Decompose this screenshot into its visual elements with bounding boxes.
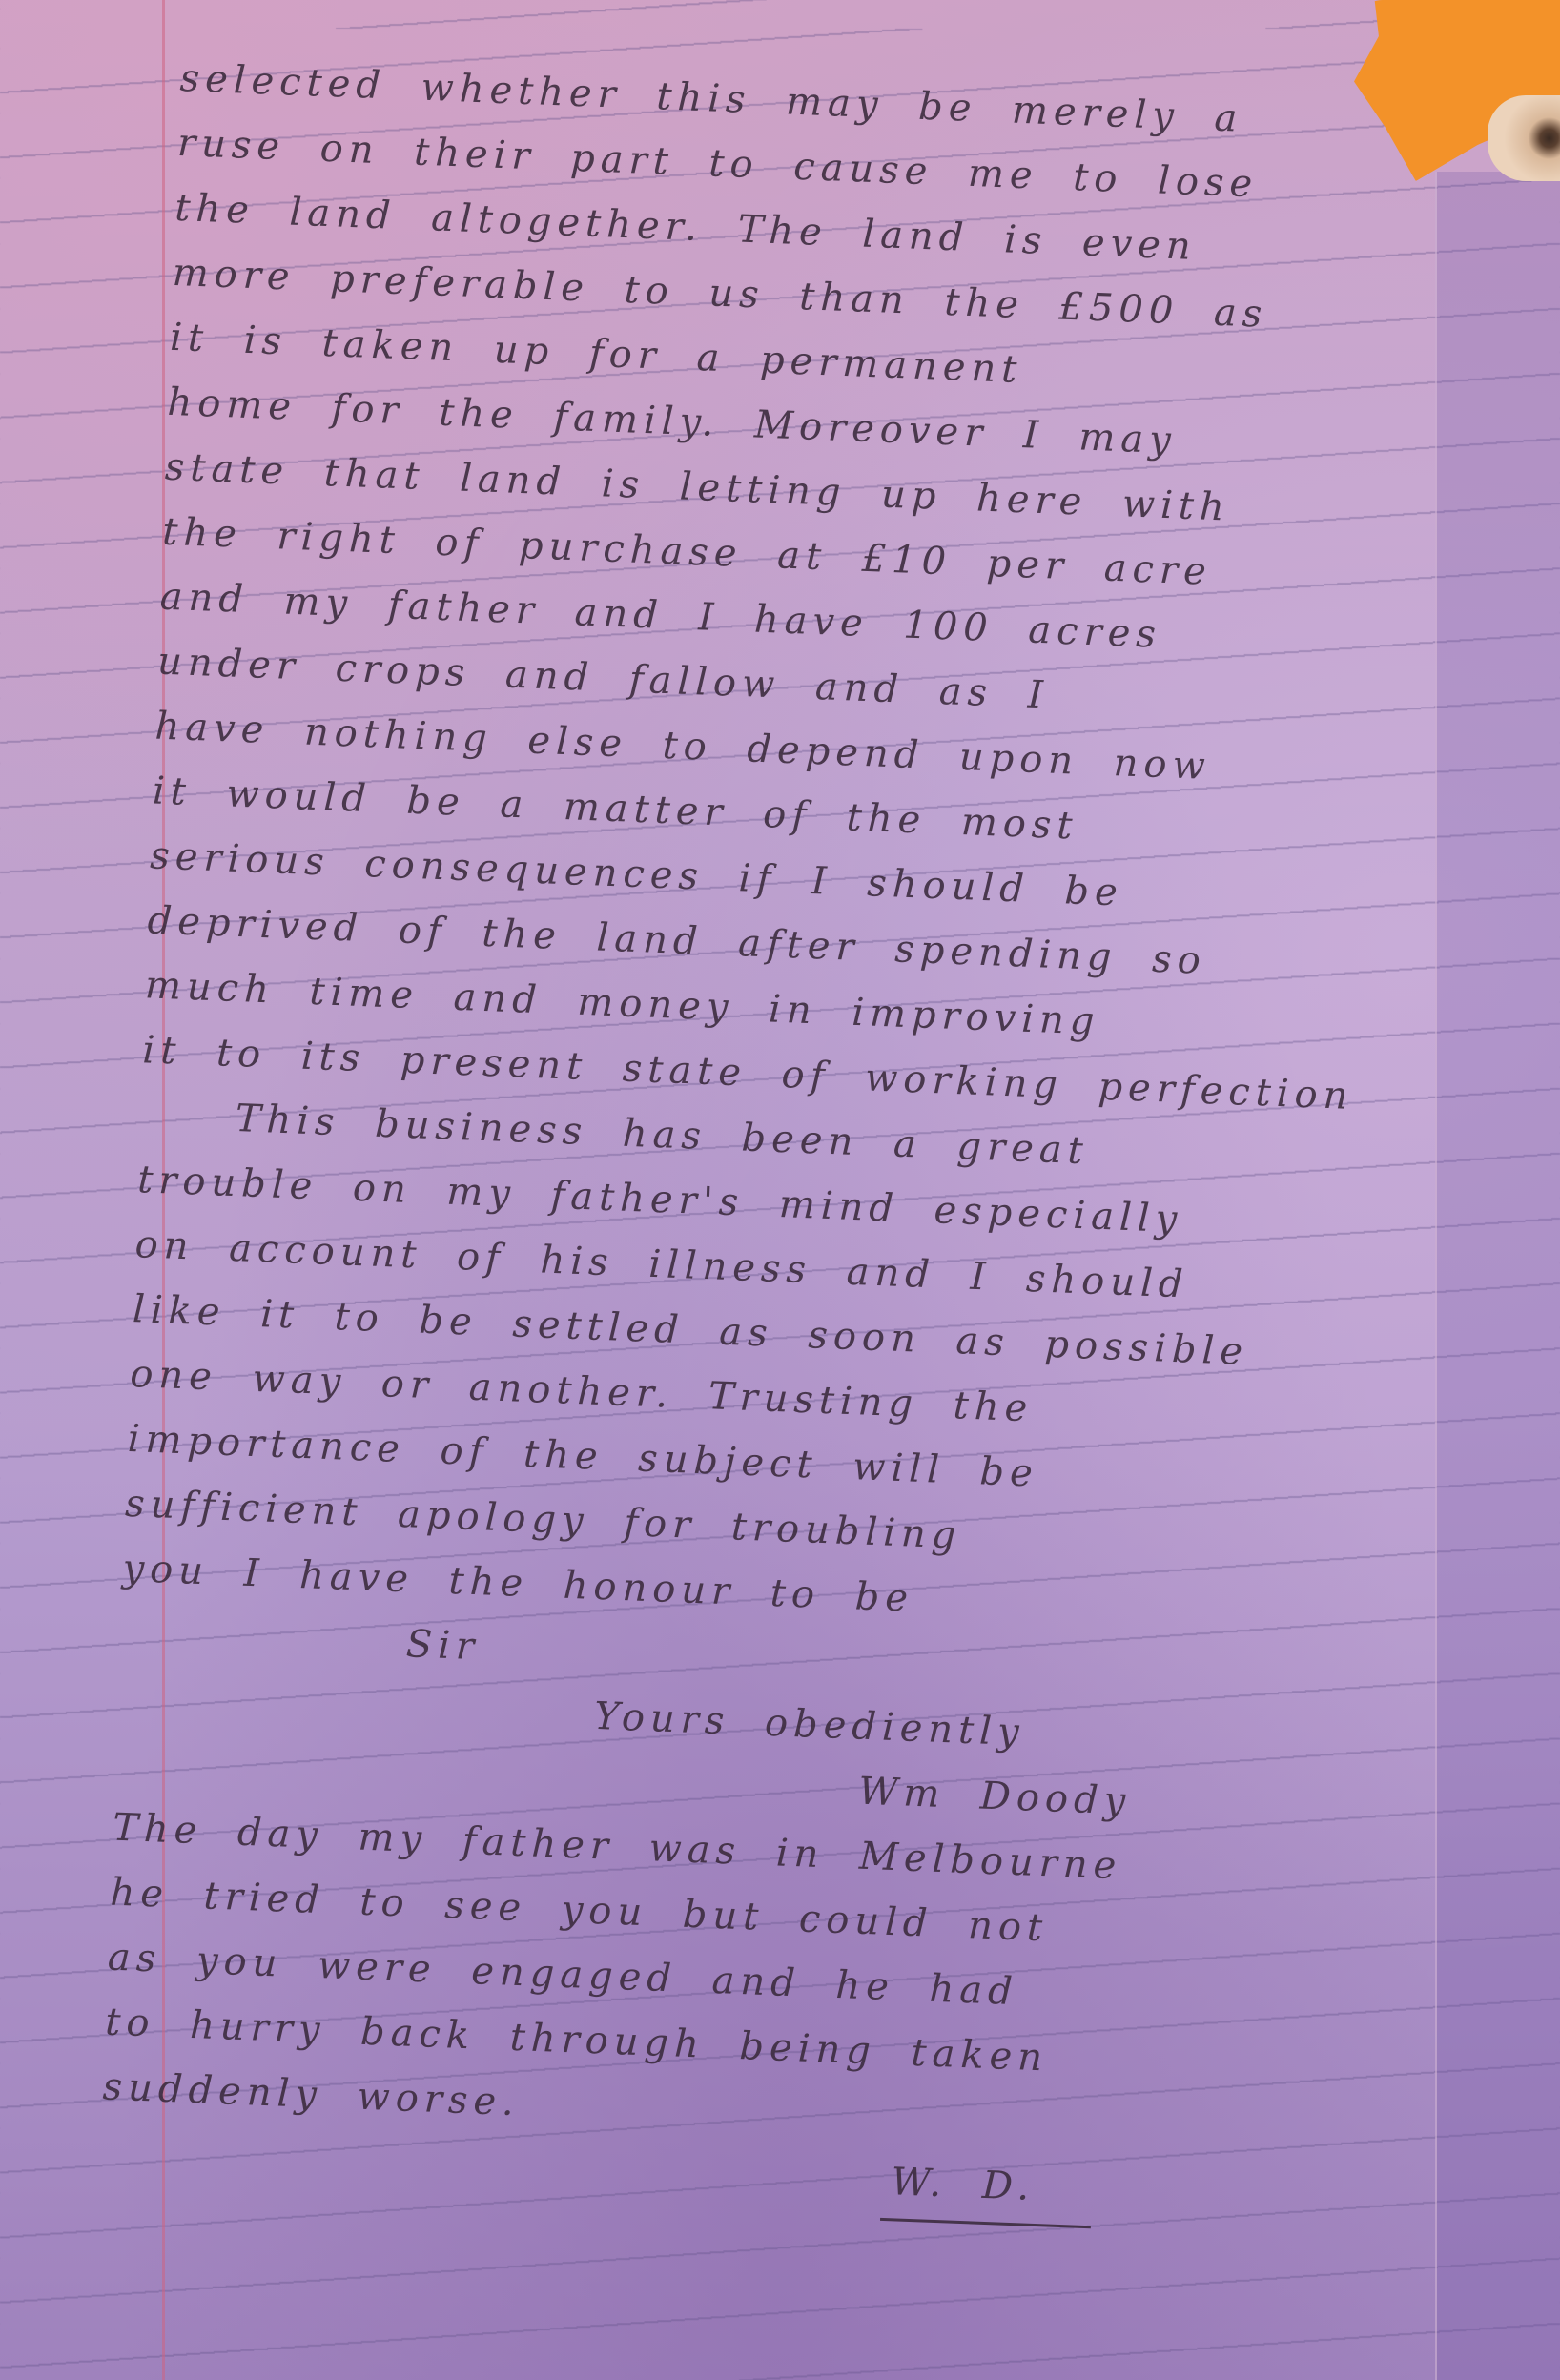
- letter-body: selected whether this may be merely a ru…: [99, 46, 1439, 2232]
- photo-fragment: [1488, 95, 1560, 181]
- page-fold-edge: [1435, 172, 1560, 2380]
- initials-text: W. D.: [880, 2149, 1094, 2228]
- letter-page: selected whether this may be merely a ru…: [0, 0, 1560, 2380]
